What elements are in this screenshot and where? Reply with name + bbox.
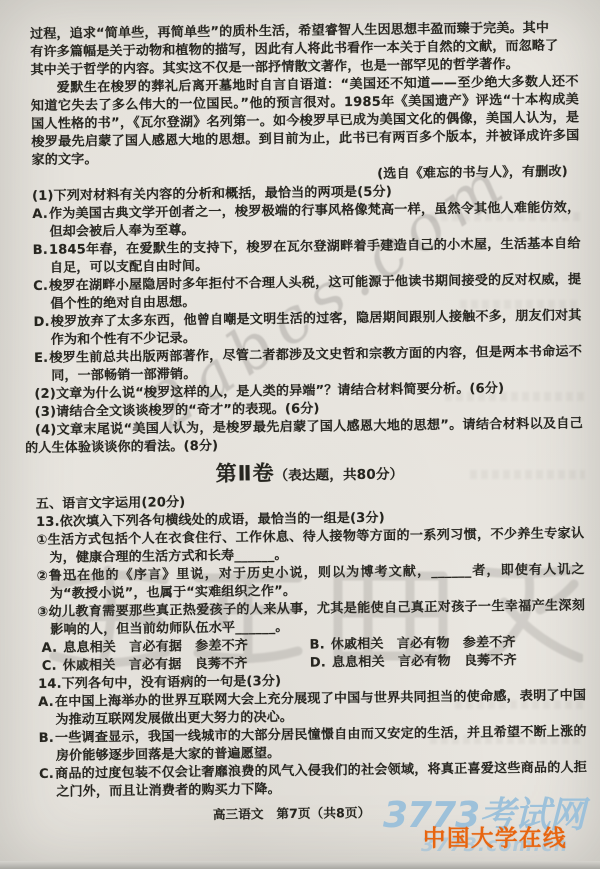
q13-choices: A.息息相关 言必有据 参差不齐 B.休戚相关 言必有物 参差不齐 C.休戚相关… xyxy=(42,633,586,676)
q14-option-c-label: C. xyxy=(39,767,54,782)
q1-option-c-text: 梭罗在湖畔小屋隐居时多年拒付不合理人头税，这可能源于他读书期间接受的反对权威，提… xyxy=(49,272,581,311)
q1-option-a-text: 作为美国古典文学开创者之一，梭罗极端的行事风格像梵高一样，虽然令其他人难能仿效，… xyxy=(49,200,580,239)
q14-option-c: C.商品的过度包装不仅会让奢靡浪费的风气入侵我们的社会领域，将真正喜爱这些商品的… xyxy=(39,759,587,802)
q1-option-b-label: B. xyxy=(33,243,48,258)
q13-choice-d-text: 息息相关 言必有物 良莠不齐 xyxy=(332,653,517,670)
q14-option-a-label: A. xyxy=(38,695,54,710)
passage-paragraph: 爱默生在梭罗的葬礼后离开墓地时自言自语道：“美国还不知道——至少绝大多数人还不知… xyxy=(31,73,580,170)
q1-option-d-text: 梭罗放弃了太多东西，他曾自嘲是文明生活的过客，隐居期间跟别人接触不多，朋友们对其… xyxy=(51,308,582,347)
q13-choice-d-label: D. xyxy=(310,655,326,670)
scan-bottom-edge xyxy=(0,861,600,869)
q1-option-d-label: D. xyxy=(34,315,50,330)
q1-option-b-text: 1845年春，在爱默生的支持下，梭罗在瓦尔登湖畔着手建造自己的小木屋，生活基本自… xyxy=(49,236,581,275)
q14-option-a-text: 在中国上海举办的世界互联网大会上充分展现了中国与世界共同担当的使命感，表明了中国… xyxy=(55,688,586,727)
exam-page-content: 过程，追求“简单些，再简单些”的质朴生活，希望睿智人生因思想丰盈而臻于完美。其中… xyxy=(30,19,588,826)
question-4: (4)文章末尾说“美国人认为，是梭罗最先启蒙了国人感恩大地的思想”。请结合材料以… xyxy=(25,415,583,458)
q14-option-b-label: B. xyxy=(39,731,54,746)
q13-choice-a-label: A. xyxy=(42,641,58,656)
q13-choice-c-text: 休戚相关 言必有据 良莠不齐 xyxy=(63,656,248,673)
q1-option-c-label: C. xyxy=(33,279,48,294)
q13-choice-b-label: B. xyxy=(309,637,324,652)
volume-2-subtitle: （表达题，共80分） xyxy=(274,466,403,484)
volume-2-heading: 第Ⅱ卷（表达题，共80分） xyxy=(35,456,583,493)
q1-option-e-text: 梭罗生前总共出版两部著作，尽管二者都涉及文史哲和宗教方面的内容，但是两本书命运不… xyxy=(49,344,582,383)
q13-choice-d: D.息息相关 言必有物 良莠不齐 xyxy=(310,651,586,672)
q13-choice-a-text: 息息相关 言必有据 参差不齐 xyxy=(63,638,248,655)
q14-option-c-text: 商品的过度包装不仅会让奢靡浪费的风气入侵我们的社会领域，将真正喜爱这些商品的人拒… xyxy=(55,760,587,799)
q13-choice-b-text: 休戚相关 言必有物 参差不齐 xyxy=(331,635,516,652)
q13-choice-c-label: C. xyxy=(42,659,57,674)
q14-option-b-text: 一些调查显示，我国一线城市的大部分居民憧憬自由而又安定的生活，并且希望不断上涨的… xyxy=(55,724,587,763)
q1-option-a-label: A. xyxy=(32,207,48,222)
volume-2-title: 第Ⅱ卷 xyxy=(216,461,275,486)
q1-option-e-label: E. xyxy=(34,351,48,366)
